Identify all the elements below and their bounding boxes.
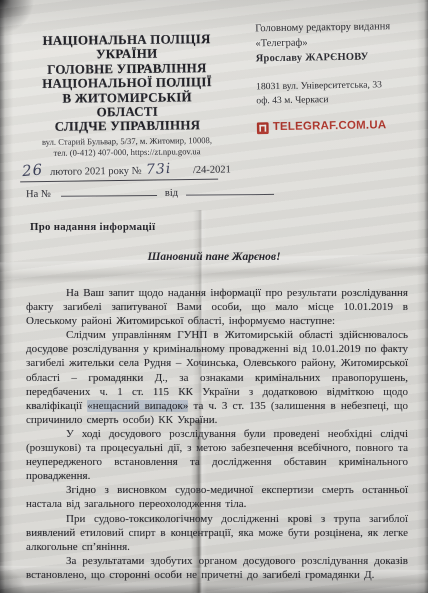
ref-blank-date [186, 185, 274, 196]
telegraf-logo-icon [257, 122, 269, 134]
body-paragraph-1: На Ваш запит щодо надання інформації про… [26, 286, 408, 328]
body-paragraph-3: У ході досудового розслідування були про… [26, 427, 408, 483]
p2-highlighted-phrase: «нещасний випадок» [87, 400, 188, 412]
letterhead-address: вул. Старий Бульвар, 5/37, м. Житомир, 1… [14, 135, 240, 159]
ref-label-na: На № [26, 189, 51, 200]
handwritten-number: 73і [145, 161, 171, 178]
recipient-name: Ярославу ЖАРЄНОВУ [256, 49, 424, 67]
document-photo: НАЦІОНАЛЬНА ПОЛІЦІЯ УКРАЇНИ ГОЛОВНЕ УПРА… [0, 0, 428, 593]
site-url: TELEGRAF.COM.UA [273, 118, 387, 135]
ref-label-vid: від [165, 188, 178, 199]
body-paragraph-5: При судово-токсикологічному дослідженні … [26, 512, 408, 554]
subject-line: Про надання інформації [30, 221, 155, 233]
recipient-address-line2: оф. 43 м. Черкаси [256, 91, 424, 107]
letter-body: На Ваш запит щодо надання інформації про… [26, 286, 408, 582]
org-line: СЛІДЧЕ УПРАВЛІННЯ [20, 118, 234, 135]
body-paragraph-6: За результатами здобутих органом досудов… [26, 554, 408, 582]
recipient-block: Головному редактору видання «Телеграф» Я… [255, 19, 425, 136]
site-row: TELEGRAF.COM.UA [257, 118, 425, 136]
body-paragraph-2: Слідчим управлінням ГУНП в Житомирській … [26, 328, 408, 427]
reference-line: На № від [26, 185, 274, 200]
ref-blank-number [61, 186, 157, 197]
date-printed-text: лютого 2021 року № [50, 166, 142, 178]
letterhead-organization: НАЦІОНАЛЬНА ПОЛІЦІЯ УКРАЇНИ ГОЛОВНЕ УПРА… [19, 32, 234, 135]
outgoing-date-line: 26 лютого 2021 року № 73і /24-2021 [20, 159, 218, 183]
body-paragraph-4: Згідно з висновком судово-медичної експе… [26, 483, 408, 511]
salutation: Шановний пане Жарєнов! [0, 251, 428, 263]
number-suffix: /24-2021 [193, 164, 231, 176]
handwritten-day: 26 [21, 160, 44, 180]
